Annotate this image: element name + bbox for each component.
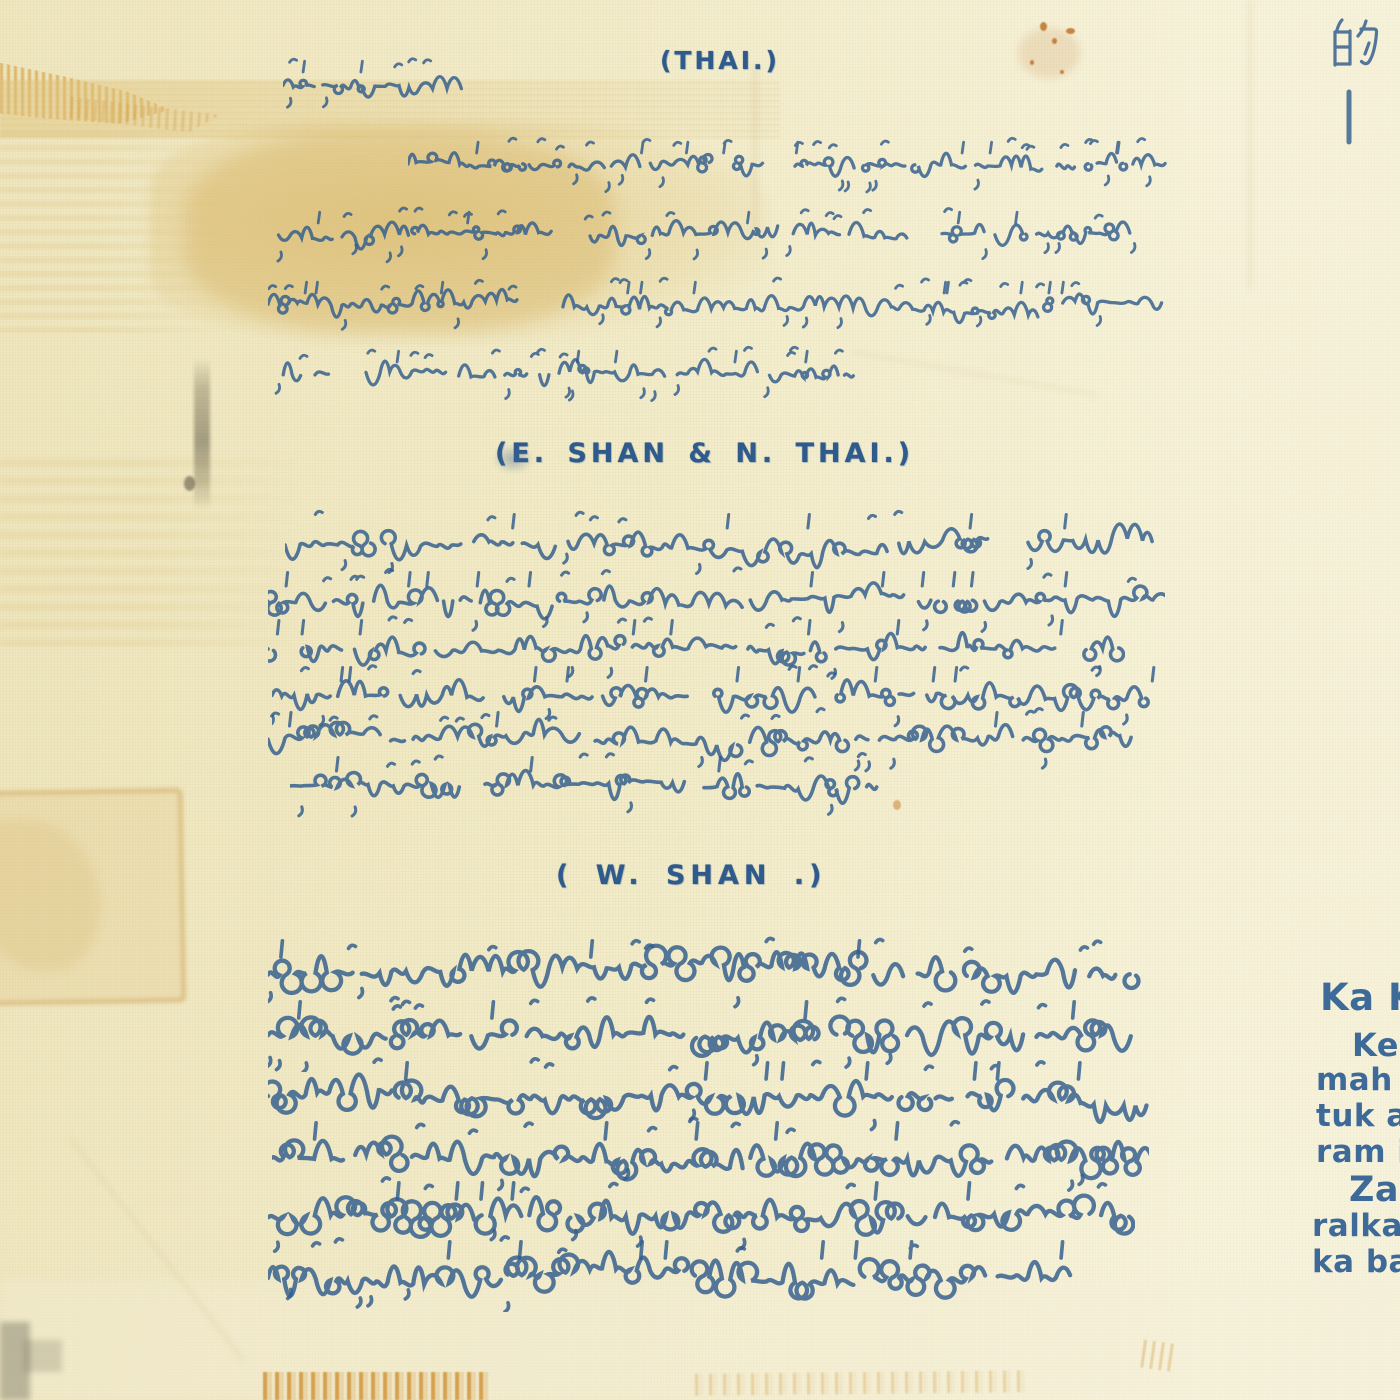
wshan-script-line-6: [268, 1216, 1080, 1312]
eshan-script-line-6: [290, 726, 897, 822]
thai-paragraph-line-4: [268, 314, 864, 410]
blood-chit-cloth: (THAI.) (E. SHAN & N. THAI.) ( W. SHAN .…: [0, 0, 1400, 1400]
script-text-layer: [0, 0, 1400, 1400]
